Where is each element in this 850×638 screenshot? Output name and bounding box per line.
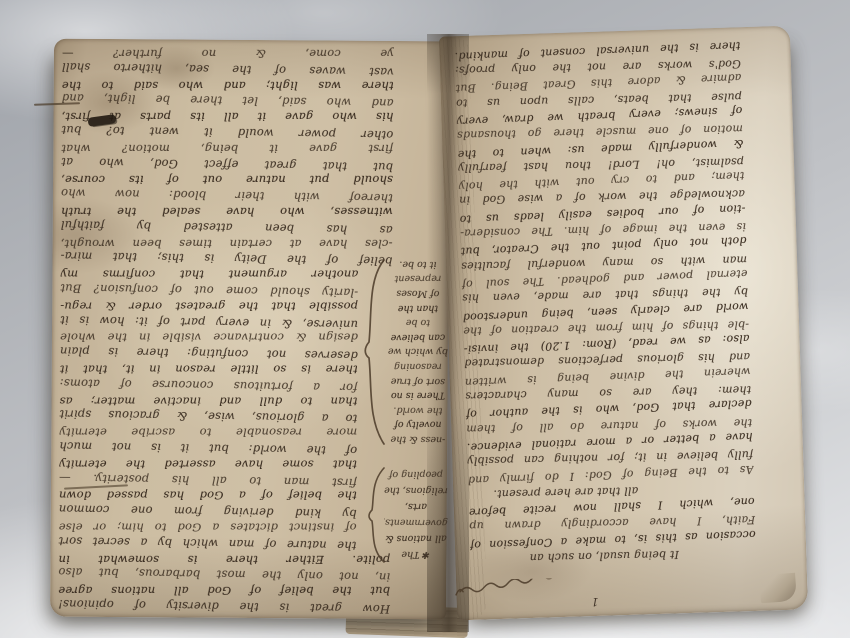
- margin-note-line: There is no: [386, 387, 450, 402]
- manuscript-line: polite. Either there is somewhat in: [58, 551, 390, 567]
- manuscript-line: ye come, & no further? —: [62, 45, 394, 61]
- manuscript-line: than to dull and inactive matter; as: [60, 393, 358, 409]
- manuscript-line: of instinct dictates a God to him; or el…: [59, 519, 357, 535]
- margin-note-line: governments,: [384, 514, 448, 531]
- manuscript-line: should put nature out of its course,: [61, 172, 393, 188]
- manuscript-line: but the belief of God all nations agree: [58, 582, 390, 598]
- margin-note-line: can believe it: [386, 329, 450, 344]
- margin-note-bottom: ✱ The history ofall nations &governments…: [384, 466, 448, 562]
- margin-note-line: peopling of: [384, 466, 448, 482]
- margin-note-line: religions, the: [384, 482, 448, 499]
- manuscript-line: How great is the diversity of opinions!: [58, 595, 390, 616]
- left-page-text: How great is the diversity of opinions!b…: [58, 44, 394, 615]
- margin-note-line: reasoning: [386, 358, 450, 373]
- manuscript-line: for a fortuitous concourse of atoms:: [60, 374, 358, 394]
- manuscript-line: design & contrivance visible in the whol…: [60, 329, 358, 345]
- margin-note-line: represent: [386, 271, 450, 286]
- manuscript-line: -cles have at certain times been wrought…: [61, 235, 393, 251]
- page-number: 1: [586, 592, 604, 608]
- manuscript-line: the nature of man which by a secret sort: [58, 532, 356, 552]
- curly-brace-mark: [356, 254, 388, 450]
- manuscript-line: another argument that confirms my: [60, 266, 358, 282]
- margin-note-line: the world.: [386, 402, 450, 417]
- manuscript-line: the belief of a God has passed down: [59, 487, 357, 503]
- manuscript-line: possible that the greatest order & regu-: [60, 298, 358, 314]
- margin-note-line: than the books: [386, 300, 450, 315]
- margin-note-line: sort of true: [386, 373, 450, 388]
- margin-note-line: -ness & the: [386, 431, 450, 446]
- margin-note-line: of Moses: [386, 285, 450, 300]
- right-page-text: It being usual, on such anoccasion as th…: [454, 37, 756, 568]
- margin-note-line: all nations &: [384, 530, 448, 546]
- margin-note-line: ✱ The history of: [384, 546, 448, 563]
- margin-note-line: it to be.: [386, 256, 450, 271]
- manuscript-line: first gave it being, motion? what: [61, 140, 393, 156]
- margin-note-mid: -ness & thenovelty ofthe world.There is …: [386, 256, 450, 446]
- manuscript-line: that some have asserted the eternity: [59, 456, 357, 472]
- margin-note-line: novelty of: [386, 417, 450, 432]
- manuscript-line: more reasonable to ascribe eternity: [59, 424, 357, 440]
- margin-note-line: arts, sciences,: [384, 498, 448, 514]
- manuscript-line: witnesses, who have sealed the truth: [61, 203, 393, 219]
- manuscript-line: there is so little reason in it, that it: [60, 361, 358, 377]
- right-manuscript-page: It being usual, on such anoccasion as th…: [439, 26, 808, 621]
- margin-note-line: by which we: [386, 344, 450, 359]
- manuscript-line: there was light; and who said to the: [62, 77, 394, 93]
- photo-scene: How great is the diversity of opinions!b…: [0, 0, 850, 638]
- margin-note-line: to be ancienter: [386, 314, 450, 329]
